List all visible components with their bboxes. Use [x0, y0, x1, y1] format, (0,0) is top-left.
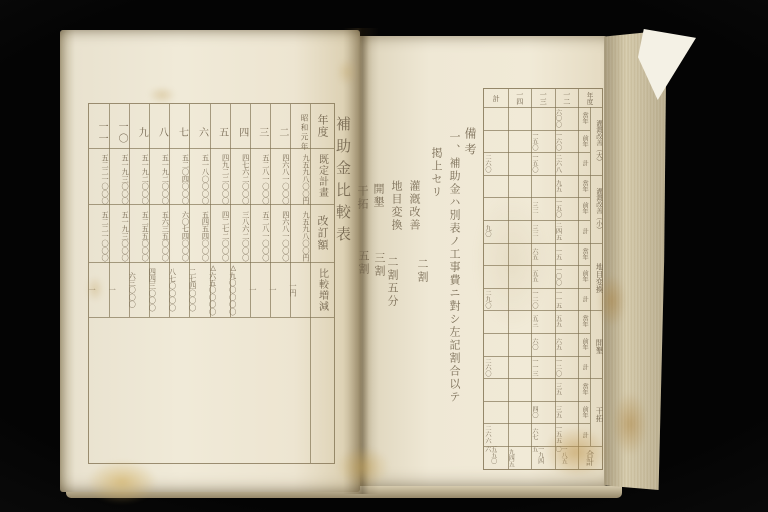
kaitei-value-cell: 五六三五〇〇〇	[149, 204, 169, 265]
value-cell: 六〇〇	[555, 107, 579, 132]
group-label-cell: 地目変換	[590, 243, 602, 313]
value-cell: 四〇	[531, 401, 555, 426]
zougen-value-cell: 八七〇〇〇〇	[169, 262, 189, 321]
kitei-value-cell: 四六八一〇〇〇	[270, 148, 290, 207]
total-value-cell: 一八五〇	[555, 446, 579, 471]
kitei-value-cell: 四九二二〇〇〇	[210, 148, 230, 207]
remarks-item-name: 灌漑改善	[406, 180, 422, 232]
kitei-value-cell: 五一八〇〇〇〇	[189, 148, 209, 207]
kitei-value-cell: 四七六二〇〇〇	[230, 148, 250, 207]
row-label-cell: 改訂額	[310, 204, 334, 262]
sub-label-cell: 計	[578, 152, 590, 175]
row-label-cell: 既定計畫	[310, 148, 334, 204]
sub-label-cell: 當年	[578, 378, 590, 401]
value-cell: 二六〇	[484, 152, 508, 177]
corner-label-cell: 年度	[578, 89, 602, 107]
group-label-cell: 干拓	[590, 378, 602, 448]
row-label-cell: 年度	[310, 104, 334, 148]
value-cell: 六七	[531, 423, 555, 448]
row-label-cell: 比較増減	[310, 262, 334, 317]
kitei-value-cell: 五二二一〇〇〇	[89, 148, 109, 207]
group-label-cell: 灌漑改善（小）	[590, 175, 602, 245]
value-cell: 二四五	[555, 220, 579, 245]
value-cell: 一一三	[531, 356, 555, 381]
left-table: 年度既定計畫改訂額比較増減昭和元年二三四五六七八九一〇一一九五九八〇〇円四六八一…	[88, 103, 335, 464]
zougen-value-cell: △九〇〇〇〇〇	[230, 262, 250, 321]
value-cell: 一〇〇	[555, 265, 579, 290]
value-cell: 三五	[555, 378, 579, 403]
remarks-item-rate: 三割	[371, 252, 387, 278]
sub-label-cell: 前年	[578, 333, 590, 356]
zougen-value-cell: 一円	[290, 262, 310, 321]
value-cell: 一五〇	[555, 197, 579, 222]
sub-label-cell: 計	[578, 288, 590, 311]
kaitei-value-cell: 四六八一〇〇〇	[270, 204, 290, 265]
value-cell: 三二	[531, 197, 555, 222]
sub-label-cell: 前年	[578, 401, 590, 424]
value-cell: 六五	[531, 243, 555, 268]
group-label-cell: 灌漑改善（大）	[590, 107, 602, 177]
sub-label-cell: 前年	[578, 130, 590, 153]
kaitei-value-cell: 五二八一〇〇〇	[250, 204, 270, 265]
remarks-heading: 備考	[462, 127, 479, 159]
zougen-value-cell: 一	[109, 262, 129, 321]
year-header-cell: 一三	[531, 89, 555, 107]
kitei-value-cell: 五二八一〇〇〇	[250, 148, 270, 207]
remarks-item-rate: 五割	[355, 250, 371, 276]
remarks-line-2: 掲上セリ	[428, 147, 444, 199]
kaitei-value-cell: 六〇七四〇〇〇	[169, 204, 189, 265]
value-cell: 六五	[555, 333, 579, 358]
value-cell: 一六〇	[555, 130, 579, 155]
group-label-cell: 開墾	[590, 310, 602, 380]
sub-label-cell: 計	[578, 423, 590, 446]
value-cell: 一二〇	[531, 288, 555, 313]
zougen-value-cell: 六三〇〇〇	[129, 262, 149, 321]
book-fore-edge-pages	[604, 32, 666, 490]
photo-of-open-ledger-book: 補助金比較表 年度既定計畫改訂額比較増減昭和元年二三四五六七八九一〇一一九五九八…	[0, 0, 768, 512]
right-table: 年度一二一三一四計灌漑改善（大）灌漑改善（小）地目変換開墾干拓當年六〇〇前年一六…	[483, 88, 603, 470]
kaitei-value-cell: 四二七二〇〇〇	[210, 204, 230, 265]
value-cell: 九〇	[484, 220, 508, 245]
kitei-value-cell: 五一九二〇〇〇	[129, 148, 149, 207]
sub-label-cell: 當年	[578, 243, 590, 266]
page-title: 補助金比較表	[333, 116, 354, 291]
zougen-value-cell: 二七四〇〇〇	[189, 262, 209, 321]
value-cell: 六〇	[531, 333, 555, 358]
total-label-cell: 合計	[578, 446, 602, 469]
table-rule-line	[508, 89, 509, 469]
sub-label-cell: 前年	[578, 265, 590, 288]
kaitei-value-cell: 五二五五〇〇〇	[129, 204, 149, 265]
total-value-cell: 九四五	[508, 446, 532, 471]
kaitei-value-cell: 三八六二〇〇〇	[230, 204, 250, 265]
zougen-value-cell: 一	[250, 262, 270, 321]
value-cell: 一二〇	[555, 356, 579, 381]
value-cell: 二六六	[484, 423, 508, 448]
value-cell: 二六〇	[484, 356, 508, 381]
kaitei-value-cell: 五一九三〇〇〇	[109, 204, 129, 265]
value-cell: 一五	[555, 243, 579, 268]
value-cell: 五五	[555, 310, 579, 335]
sub-label-cell: 當年	[578, 175, 590, 198]
zougen-value-cell: △六五〇〇〇〇	[210, 262, 230, 321]
remarks-item-name: 地目変換	[388, 180, 404, 232]
kaitei-value-cell: 五二二一〇〇〇	[89, 204, 109, 265]
kitei-value-cell: 九五九八〇〇円	[290, 148, 310, 207]
value-cell: 二九〇	[484, 288, 508, 313]
sub-label-cell: 當年	[578, 107, 590, 130]
sub-label-cell: 前年	[578, 197, 590, 220]
kitei-value-cell: 五一九二〇〇〇	[149, 148, 169, 207]
kitei-value-cell: 五一九三〇〇〇	[109, 148, 129, 207]
year-header-cell: 一四	[508, 89, 532, 107]
value-cell: 五五	[531, 265, 555, 290]
sub-label-cell: 計	[578, 356, 590, 379]
value-cell: 五三	[531, 310, 555, 335]
year-header-cell: 一二	[555, 89, 579, 107]
zougen-value-cell: 四四三〇〇〇	[149, 262, 169, 321]
value-cell: 一一五	[555, 288, 579, 313]
value-cell: 三五	[555, 401, 579, 426]
kaitei-value-cell: 九五九八〇〇円	[290, 204, 310, 265]
value-cell: 一五五	[555, 423, 579, 448]
remarks-line-1: 一、補助金ハ別表ノ工事費ニ對シ左記割合以テ	[446, 131, 462, 421]
total-value-cell: 一九四五	[531, 446, 555, 471]
value-cell: 三二	[531, 220, 555, 245]
kitei-value-cell: 五二〇四〇〇〇	[169, 148, 189, 207]
total-value-cell: 五五〇六	[484, 446, 508, 471]
value-cell: 一五〇	[531, 152, 555, 177]
value-cell: 九五	[555, 175, 579, 200]
zougen-value-cell: 一	[89, 262, 109, 321]
value-cell: 二六八	[555, 152, 579, 177]
sub-label-cell: 計	[578, 220, 590, 243]
year-header-cell: 計	[484, 89, 508, 107]
sub-label-cell: 當年	[578, 310, 590, 333]
value-cell: 一五〇	[531, 130, 555, 155]
remarks-item-rate: 二割	[414, 258, 430, 284]
zougen-value-cell: 一	[270, 262, 290, 321]
remarks-item-name: 干拓	[354, 185, 370, 211]
kaitei-value-cell: 五四五四〇〇〇	[189, 204, 209, 265]
remarks-item-name: 開墾	[370, 183, 386, 209]
